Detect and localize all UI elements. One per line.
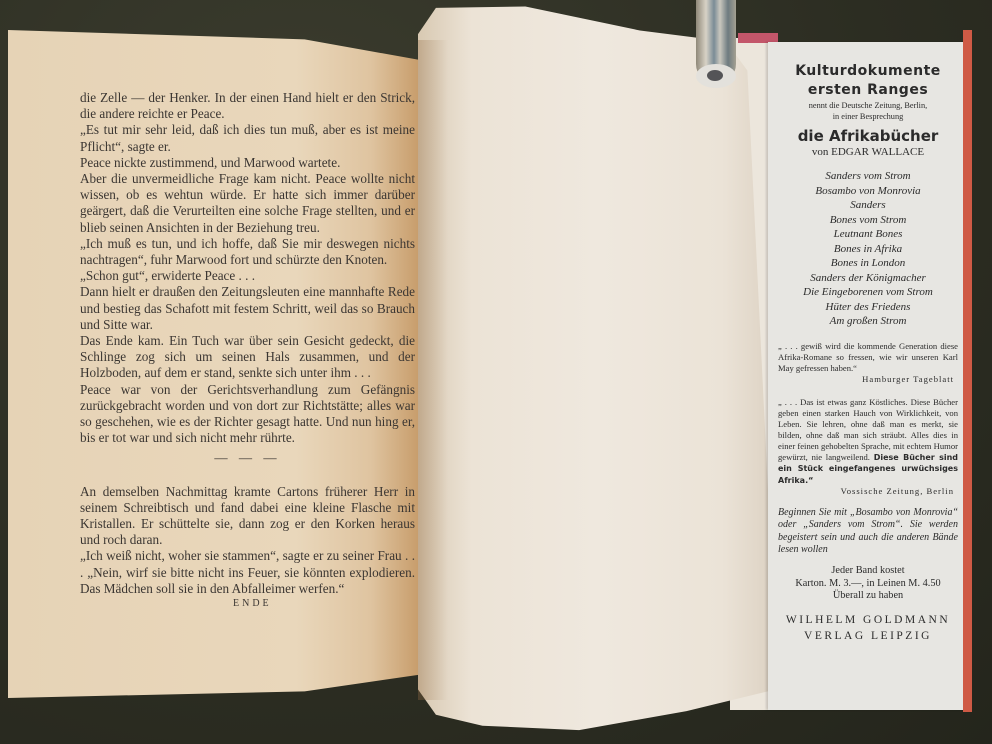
- red-cover-edge: [963, 30, 972, 712]
- publisher-line: WILHELM GOLDMANN: [778, 612, 958, 628]
- book-title: Die Eingeborenen vom Strom: [778, 285, 958, 300]
- book-title: Bones in London: [778, 256, 958, 271]
- paragraph: „Schon gut“, erwiderte Peace . . .: [80, 268, 415, 284]
- page-fold-shadow: [418, 40, 448, 700]
- series-title: die Afrikabücher: [778, 126, 958, 146]
- review-quote: „ . . . gewiß wird die kommende Generati…: [778, 341, 958, 385]
- book-title: Sanders: [778, 198, 958, 213]
- price-info: Jeder Band kostet Karton. M. 3.—, in Lei…: [778, 565, 958, 602]
- book-title: Leutnant Bones: [778, 227, 958, 242]
- headline: ersten Ranges: [778, 81, 958, 100]
- book-title: Hüter des Friedens: [778, 300, 958, 315]
- book-title: Sanders vom Strom: [778, 169, 958, 184]
- review-quote: „ . . . Das ist etwas ganz Köstliches. D…: [778, 397, 958, 497]
- subline: nennt die Deutsche Zeitung, Berlin,: [778, 100, 958, 111]
- book-title: Am großen Strom: [778, 314, 958, 329]
- quote-source: Hamburger Tageblatt: [778, 374, 958, 385]
- publisher-ad-card: Kulturdokumente ersten Ranges nennt die …: [768, 42, 968, 710]
- book-title: Bosambo von Monrovia: [778, 184, 958, 199]
- section-divider: — — —: [80, 450, 415, 466]
- price-line: Überall zu haben: [778, 590, 958, 602]
- subline: in einer Besprechung: [778, 111, 958, 122]
- recommendation: Beginnen Sie mit „Bosambo von Monrovia“ …: [778, 507, 958, 557]
- paragraph: die Zelle — der Henker. In der einen Han…: [80, 90, 415, 122]
- book-title-list: Sanders vom Strom Bosambo von Monrovia S…: [778, 169, 958, 329]
- paragraph: Dann hielt er draußen den Zeitungsleuten…: [80, 284, 415, 333]
- paragraph: Peace war von der Gerichtsverhandlung zu…: [80, 382, 415, 447]
- paragraph: An demselben Nachmittag kramte Cartons f…: [80, 484, 415, 549]
- left-page-text: die Zelle — der Henker. In der einen Han…: [80, 90, 415, 597]
- end-mark: ENDE: [233, 598, 272, 609]
- book-title: Bones vom Strom: [778, 213, 958, 228]
- price-line: Karton. M. 3.—, in Leinen M. 4.50: [778, 578, 958, 590]
- quote-source: Vossische Zeitung, Berlin: [778, 486, 958, 497]
- publisher-name: WILHELM GOLDMANN VERLAG LEIPZIG: [778, 612, 958, 644]
- headline: Kulturdokumente: [778, 62, 958, 81]
- paragraph: Aber die unvermeidliche Frage kam nicht.…: [80, 171, 415, 236]
- paragraph: Peace nickte zustimmend, und Marwood war…: [80, 155, 415, 171]
- paragraph: Das Ende kam. Ein Tuch war über sein Ges…: [80, 333, 415, 382]
- paragraph: „Ich muß es tun, und ich hoffe, daß Sie …: [80, 236, 415, 268]
- book-title: Bones in Afrika: [778, 242, 958, 257]
- book-title: Sanders der Königmacher: [778, 271, 958, 286]
- pen-emblem-icon: [707, 70, 723, 81]
- price-line: Jeder Band kostet: [778, 565, 958, 577]
- curled-blank-page: [418, 5, 776, 733]
- paragraph: „Es tut mir sehr leid, daß ich dies tun …: [80, 122, 415, 154]
- quote-text: „ . . . gewiß wird die kommende Generati…: [778, 341, 958, 373]
- publisher-line: VERLAG LEIPZIG: [778, 628, 958, 644]
- author-line: von EDGAR WALLACE: [778, 146, 958, 159]
- paragraph: „Ich weiß nicht, woher sie stammen“, sag…: [80, 548, 415, 597]
